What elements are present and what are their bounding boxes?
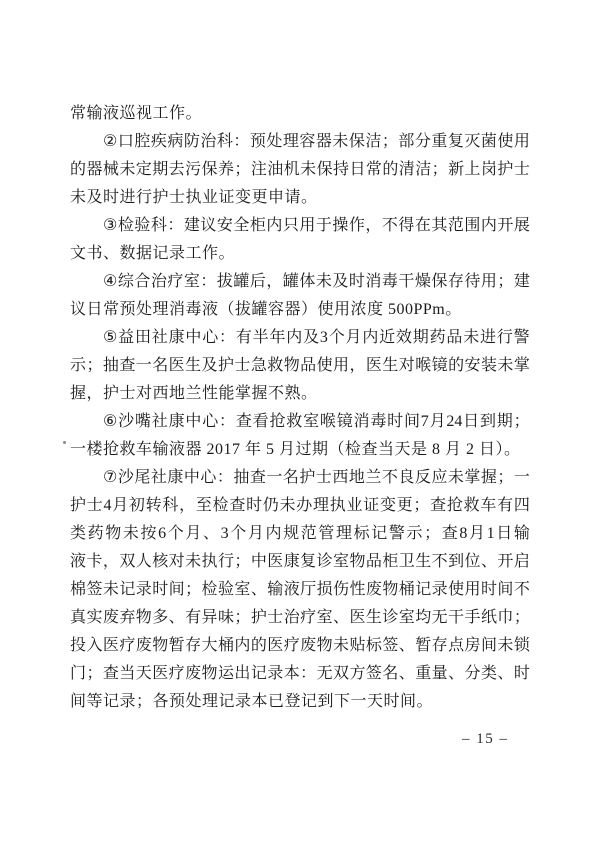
text-line: 文书、数据记录工作。 (70, 240, 530, 268)
text-line: 液卡，双人核对未执行；中医康复诊室物品柜卫生不到位、开启 (70, 548, 530, 576)
text-line: ⑥沙嘴社康中心：查看抢救室喉镜消毒时间7月24日到期； (70, 408, 530, 436)
text-line: 示；抽查一名医生及护士急救物品使用，医生对喉镜的安装未掌 (70, 352, 530, 380)
text-line: 真实废弃物多、有异味；护士治疗室、医生诊室均无干手纸巾； (70, 604, 530, 632)
text-line: ④综合治疗室：拔罐后，罐体未及时消毒干燥保存待用；建 (70, 268, 530, 296)
text-line: 护士4月初转科，至检查时仍未办理执业证变更；查抢救车有四 (70, 492, 530, 520)
text-line: ⑤益田社康中心：有半年内及3个月内近效期药品未进行警 (70, 324, 530, 352)
text-line: 门；查当天医疗废物运出记录本：无双方签名、重量、分类、时 (70, 660, 530, 688)
text-line: 棉签未记录时间；检验室、输液厅损伤性废物桶记录使用时间不 (70, 576, 530, 604)
text-line: 类药物未按6个月、3个月内规范管理标记警示；查8月1日输 (70, 520, 530, 548)
text-line: 间等记录；各预处理记录本已登记到下一天时间。 (70, 688, 530, 716)
text-line: 投入医疗废物暂存大桶内的医疗废物未贴标签、暂存点房间未锁 (70, 632, 530, 660)
text-line: 一楼抢救车输液器 2017 年 5 月过期（检查当天是 8 月 2 日）。 (70, 436, 530, 464)
document-page: 常输液巡视工作。②口腔疾病防治科：预处理容器未保洁；部分重复灭菌使用的器械未定期… (0, 0, 600, 850)
text-line: 的器械未定期去污保养；注油机未保持日常的清洁；新上岗护士 (70, 156, 530, 184)
scan-artifact-dot (63, 441, 66, 444)
page-number: – 15 – (462, 731, 509, 747)
text-line: ③检验科：建议安全柜内只用于操作，不得在其范围内开展 (70, 212, 530, 240)
text-line: 未及时进行护士执业证变更申请。 (70, 184, 530, 212)
text-line: 议日常预处理消毒液（拔罐容器）使用浓度 500PPm。 (70, 296, 530, 324)
text-line: 常输液巡视工作。 (70, 100, 530, 128)
text-line: ⑦沙尾社康中心：抽查一名护士西地兰不良反应未掌握；一 (70, 464, 530, 492)
text-line: 握，护士对西地兰性能掌握不熟。 (70, 380, 530, 408)
document-body: 常输液巡视工作。②口腔疾病防治科：预处理容器未保洁；部分重复灭菌使用的器械未定期… (70, 100, 530, 716)
text-line: ②口腔疾病防治科：预处理容器未保洁；部分重复灭菌使用 (70, 128, 530, 156)
page-footer: – 15 – (462, 729, 509, 749)
